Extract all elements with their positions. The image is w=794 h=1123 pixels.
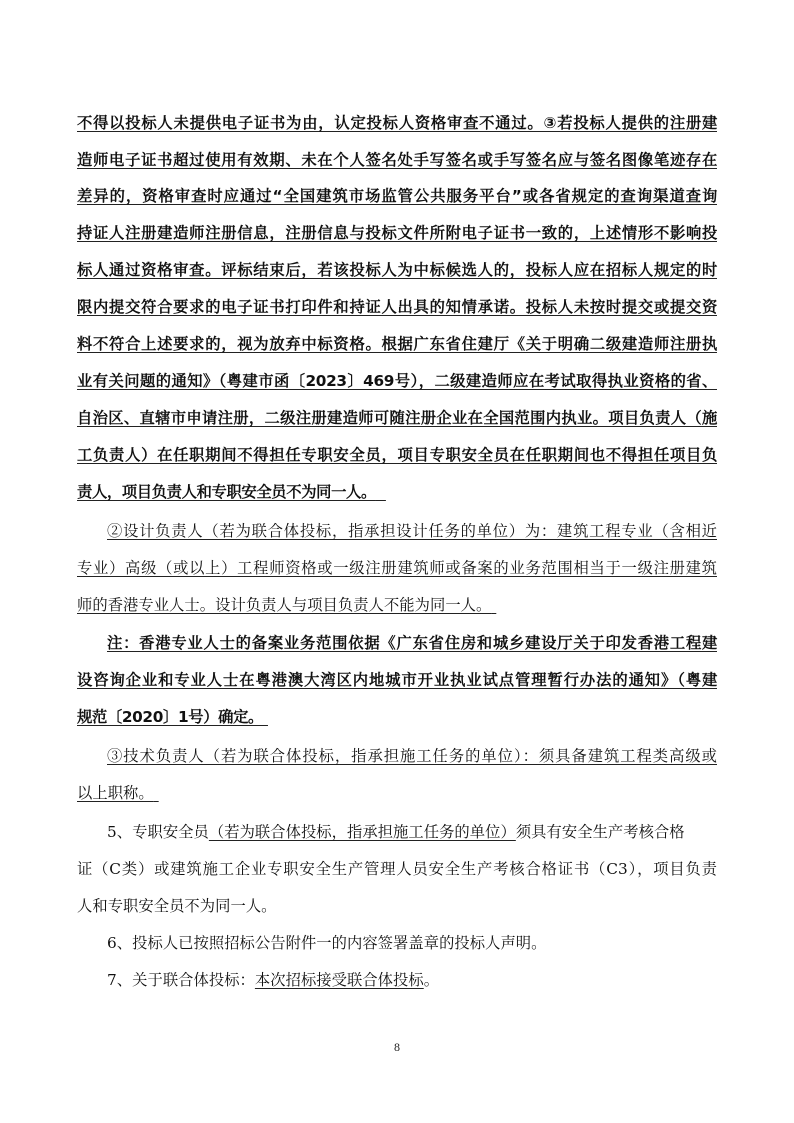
- text-line: 不得以投标人未提供电子证书为由，认定投标人资格审查不通过。③若投标人提供的注册建: [77, 113, 717, 133]
- design-lead-line: 专业）高级（或以上）工程师资格或一级注册建筑师或备案的业务范围相当于一级注册建筑: [77, 558, 717, 580]
- bold-paragraph-line: 工负责人）在任职期间不得担任专职安全员，项目专职安全员在任职期间也不得担任项目负: [77, 445, 717, 467]
- tech-lead-line: ③技术负责人（若为联合体投标，指承担施工任务的单位）：须具备建筑工程类高级或: [107, 746, 717, 768]
- text-line: 证（C类）或建筑施工企业专职安全生产管理人员安全生产考核合格证书（C3），项目负…: [77, 859, 717, 879]
- item5-suffix: 须具有安全生产考核合格: [516, 823, 685, 841]
- text-line: 自治区、直辖市申请注册，二级注册建造师可随注册企业在全国范围内执业。项目负责人（…: [77, 408, 717, 428]
- bold-paragraph-line: 标人通过资格审查。评标结束后，若该投标人为中标候选人的，投标人应在招标人规定的时: [77, 260, 717, 282]
- bold-paragraph-line: 差异的，资格审查时应通过“全国建筑市场监管公共服务平台”或各省规定的查询渠道查询: [77, 186, 717, 208]
- text-line: 业有关问题的通知》（粤建市函〔2023〕469号），二级建造师应在考试取得执业资…: [77, 371, 717, 391]
- text-line: 人和专职安全员不为同一人。: [77, 897, 277, 915]
- design-lead-line: 师的香港专业人士。设计负责人与项目负责人不能为同一人。: [77, 595, 496, 617]
- bold-paragraph-line: 料不符合上述要求的，视为放弃中标资格。根据广东省住建厅《关于明确二级建造师注册执: [77, 334, 717, 356]
- item5-prefix: 5、专职安全员: [107, 823, 209, 841]
- design-lead-line: ②设计负责人（若为联合体投标，指承担设计任务的单位）为：建筑工程专业（含相近: [107, 521, 717, 543]
- text-line: 注：香港专业人士的备案业务范围依据《广东省住房和城乡建设厅关于印发香港工程建: [107, 633, 717, 653]
- text-line: ③技术负责人（若为联合体投标，指承担施工任务的单位）：须具备建筑工程类高级或: [107, 746, 717, 766]
- text-line: 料不符合上述要求的，视为放弃中标资格。根据广东省住建厅《关于明确二级建造师注册执: [77, 334, 717, 354]
- text-line: 工负责人）在任职期间不得担任专职安全员，项目专职安全员在任职期间也不得担任项目负: [77, 445, 717, 465]
- item5-line: 人和专职安全员不为同一人。: [77, 896, 277, 918]
- bold-paragraph-line: 造师电子证书超过使用有效期、未在个人签名处手写签名或手写签名应与签名图像笔迹存在: [77, 150, 717, 172]
- text-line: 责人，项目负责人和专职安全员不为同一人。: [77, 483, 376, 501]
- item7-line: 7、关于联合体投标：本次招标接受联合体投标。: [107, 970, 439, 992]
- bold-paragraph-line: 自治区、直辖市申请注册，二级注册建造师可随注册企业在全国范围内执业。项目负责人（…: [77, 408, 717, 430]
- text-line: 造师电子证书超过使用有效期、未在个人签名处手写签名或手写签名应与签名图像笔迹存在: [77, 150, 717, 170]
- bold-paragraph-line: 不得以投标人未提供电子证书为由，认定投标人资格审查不通过。③若投标人提供的注册建: [77, 113, 717, 135]
- note-line: 设咨询企业和专业人士在粤港澳大湾区内地城市开业执业试点管理暂行办法的通知》（粤建: [77, 670, 717, 692]
- item5-line: 5、专职安全员（若为联合体投标，指承担施工任务的单位）须具有安全生产考核合格: [107, 822, 685, 844]
- text-line: 6、投标人已按照招标公告附件一的内容签署盖章的投标人声明。: [107, 934, 547, 952]
- item7-underlined: 本次招标接受联合体投标: [255, 971, 424, 989]
- text-line: 持证人注册建造师注册信息，注册信息与投标文件所附电子证书一致的，上述情形不影响投: [77, 223, 717, 243]
- text-line: 标人通过资格审查。评标结束后，若该投标人为中标候选人的，投标人应在招标人规定的时: [77, 260, 717, 280]
- note-line: 注：香港专业人士的备案业务范围依据《广东省住房和城乡建设厅关于印发香港工程建: [107, 633, 717, 655]
- text-line: 设咨询企业和专业人士在粤港澳大湾区内地城市开业执业试点管理暂行办法的通知》（粤建: [77, 670, 717, 690]
- item7-prefix: 7、关于联合体投标：: [107, 971, 255, 989]
- bold-paragraph-line: 持证人注册建造师注册信息，注册信息与投标文件所附电子证书一致的，上述情形不影响投: [77, 223, 717, 245]
- text-line: 差异的，资格审查时应通过“全国建筑市场监管公共服务平台”或各省规定的查询渠道查询: [77, 186, 717, 206]
- item5-line: 证（C类）或建筑施工企业专职安全生产管理人员安全生产考核合格证书（C3），项目负…: [77, 859, 717, 881]
- bold-paragraph-line: 业有关问题的通知》（粤建市函〔2023〕469号），二级建造师应在考试取得执业资…: [77, 371, 717, 393]
- item5-underlined: （若为联合体投标，指承担施工任务的单位）: [209, 823, 516, 841]
- tech-lead-line: 以上职称。: [77, 783, 159, 805]
- item6-line: 6、投标人已按照招标公告附件一的内容签署盖章的投标人声明。: [107, 933, 547, 955]
- page-number: 8: [0, 1040, 794, 1055]
- bold-paragraph-line: 限内提交符合要求的电子证书打印件和持证人出具的知情承诺。投标人未按时提交或提交资: [77, 297, 717, 319]
- text-line: 专业）高级（或以上）工程师资格或一级注册建筑师或备案的业务范围相当于一级注册建筑: [77, 558, 717, 578]
- item7-suffix: 。: [424, 971, 439, 989]
- text-line: 限内提交符合要求的电子证书打印件和持证人出具的知情承诺。投标人未按时提交或提交资: [77, 297, 717, 317]
- text-line: 以上职称。: [77, 784, 154, 802]
- text-line: ②设计负责人（若为联合体投标，指承担设计任务的单位）为：建筑工程专业（含相近: [107, 521, 717, 541]
- text-line: 师的香港专业人士。设计负责人与项目负责人不能为同一人。: [77, 596, 491, 614]
- note-line: 规范〔2020〕1号）确定。: [77, 707, 268, 729]
- text-line: 规范〔2020〕1号）确定。: [77, 708, 263, 726]
- bold-paragraph-line: 责人，项目负责人和专职安全员不为同一人。: [77, 482, 386, 504]
